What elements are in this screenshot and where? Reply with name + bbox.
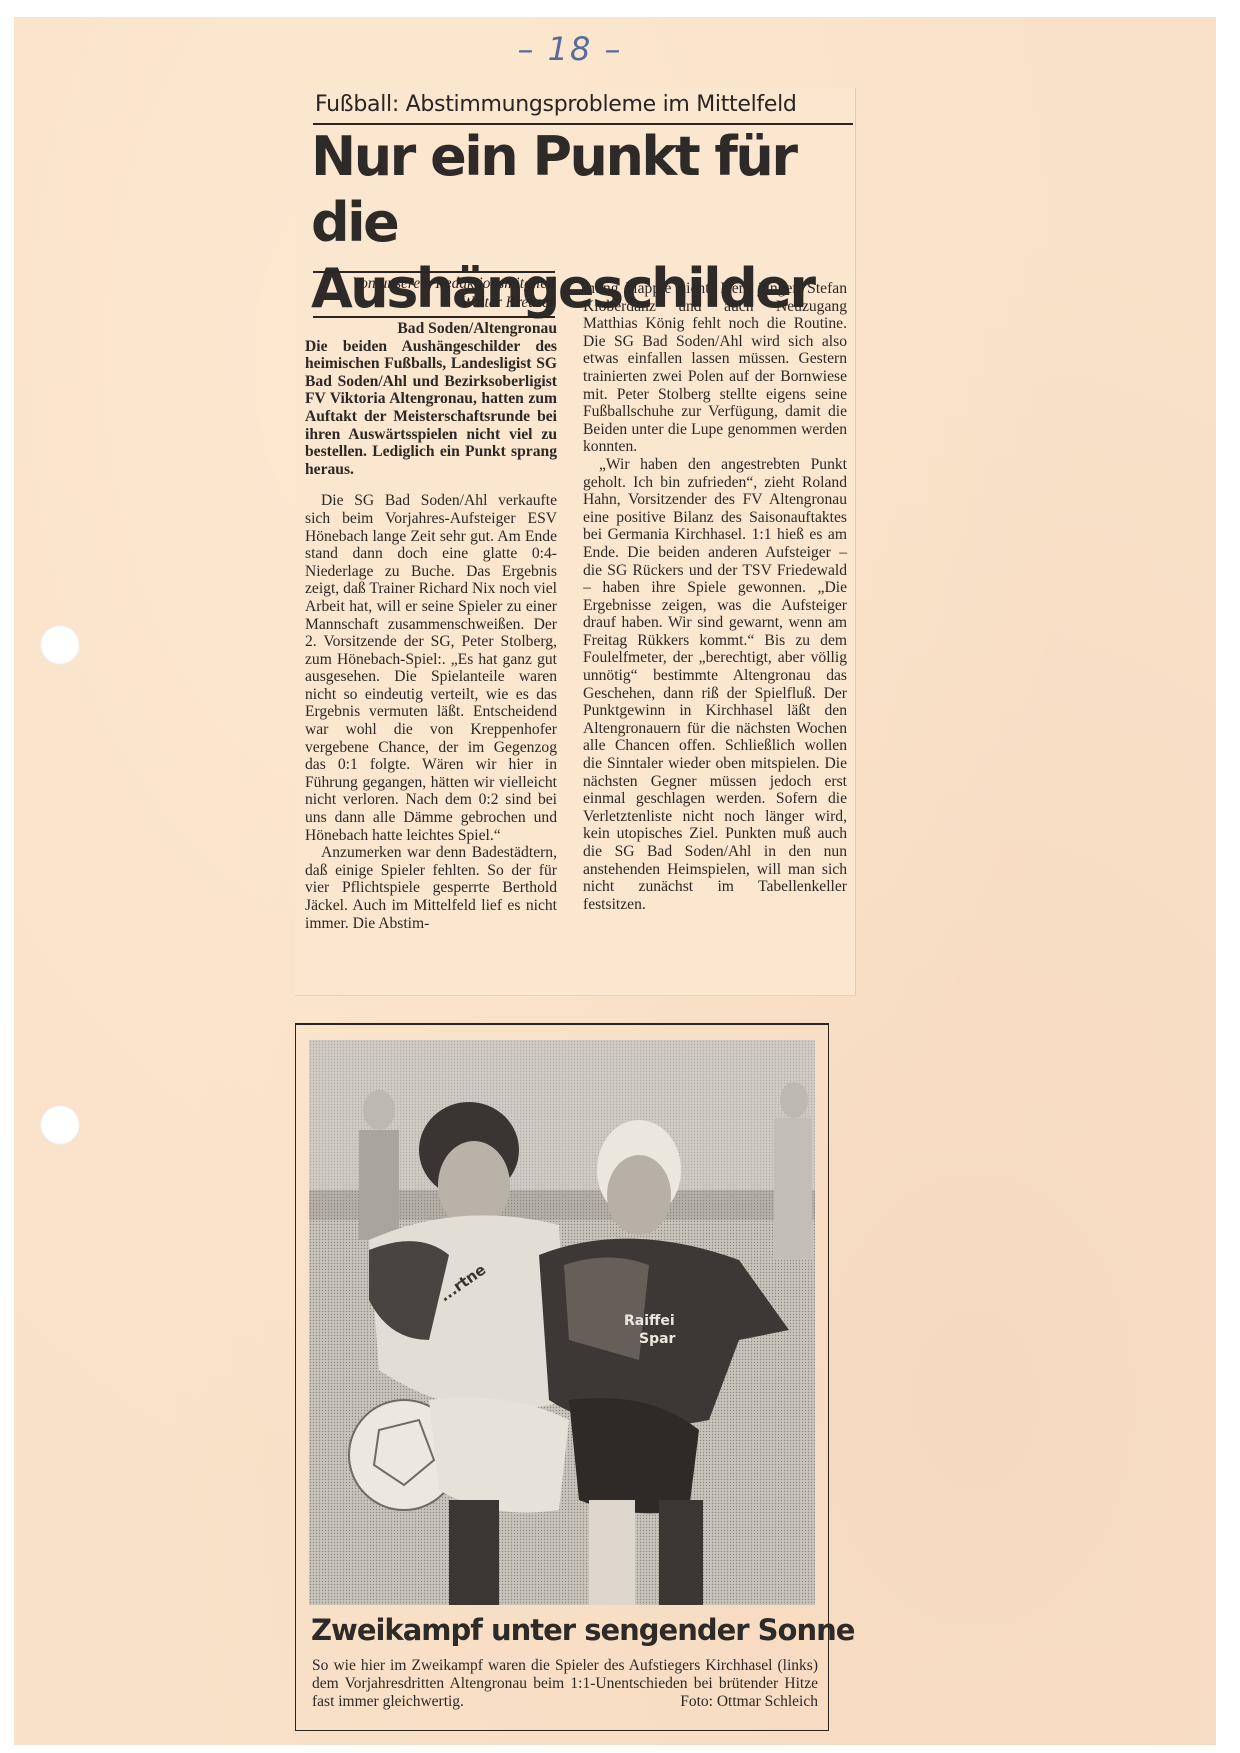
photo-box: ...rtne Raiffei Spar Zweikampf unter sen… [295,1023,829,1731]
photo-image-icon: ...rtne Raiffei Spar [309,1040,815,1605]
headline-line-1: Nur ein Punkt für die [311,124,851,256]
column-1-paragraph-1: Die SG Bad Soden/Ahl verkaufte sich beim… [305,492,557,844]
lead-text: Die beiden Aushängeschilder des heimisch… [305,338,557,478]
byline-line-1: Von unserem Redaktionsmitglied [313,274,555,293]
byline: Von unserem Redaktionsmitglied Walter Kr… [313,274,555,312]
dateline: Bad Soden/Altengronau [305,320,557,338]
punch-hole-top [40,625,80,665]
newspaper-article-clipping: Fußball: Abstimmungsprobleme im Mittelfe… [295,88,856,996]
byline-line-2: Walter Kreuzer [313,293,555,312]
byline-top-rule [313,271,555,273]
article-column-1: Bad Soden/Altengronau Die beiden Aushäng… [305,320,557,932]
article-kicker: Fußball: Abstimmungsprobleme im Mittelfe… [315,92,855,117]
column-2-paragraph-1: mung klappte nicht. Dem jungen Stefan Kl… [583,280,847,456]
photo-caption: So wie hier im Zweikampf waren die Spiel… [312,1657,818,1711]
article-lead: Bad Soden/Altengronau Die beiden Aushäng… [305,320,557,478]
svg-text:Raiffei: Raiffei [624,1313,675,1329]
punch-hole-bottom [40,1105,80,1145]
column-2-paragraph-2: „Wir haben den angestrebten Punkt geholt… [583,456,847,913]
photo-caption-title: Zweikampf unter sengender Sonne [311,1613,821,1647]
handwritten-page-number: – 18 – [505,30,635,68]
byline-bottom-rule [313,316,555,318]
svg-text:Spar: Spar [639,1331,676,1347]
column-1-paragraph-2: Anzumerken war denn Badestädtern, daß ei… [305,844,557,932]
article-column-2: mung klappte nicht. Dem jungen Stefan Kl… [583,280,847,913]
football-photo: ...rtne Raiffei Spar [309,1040,815,1605]
photo-credit: Foto: Ottmar Schleich [680,1693,818,1711]
